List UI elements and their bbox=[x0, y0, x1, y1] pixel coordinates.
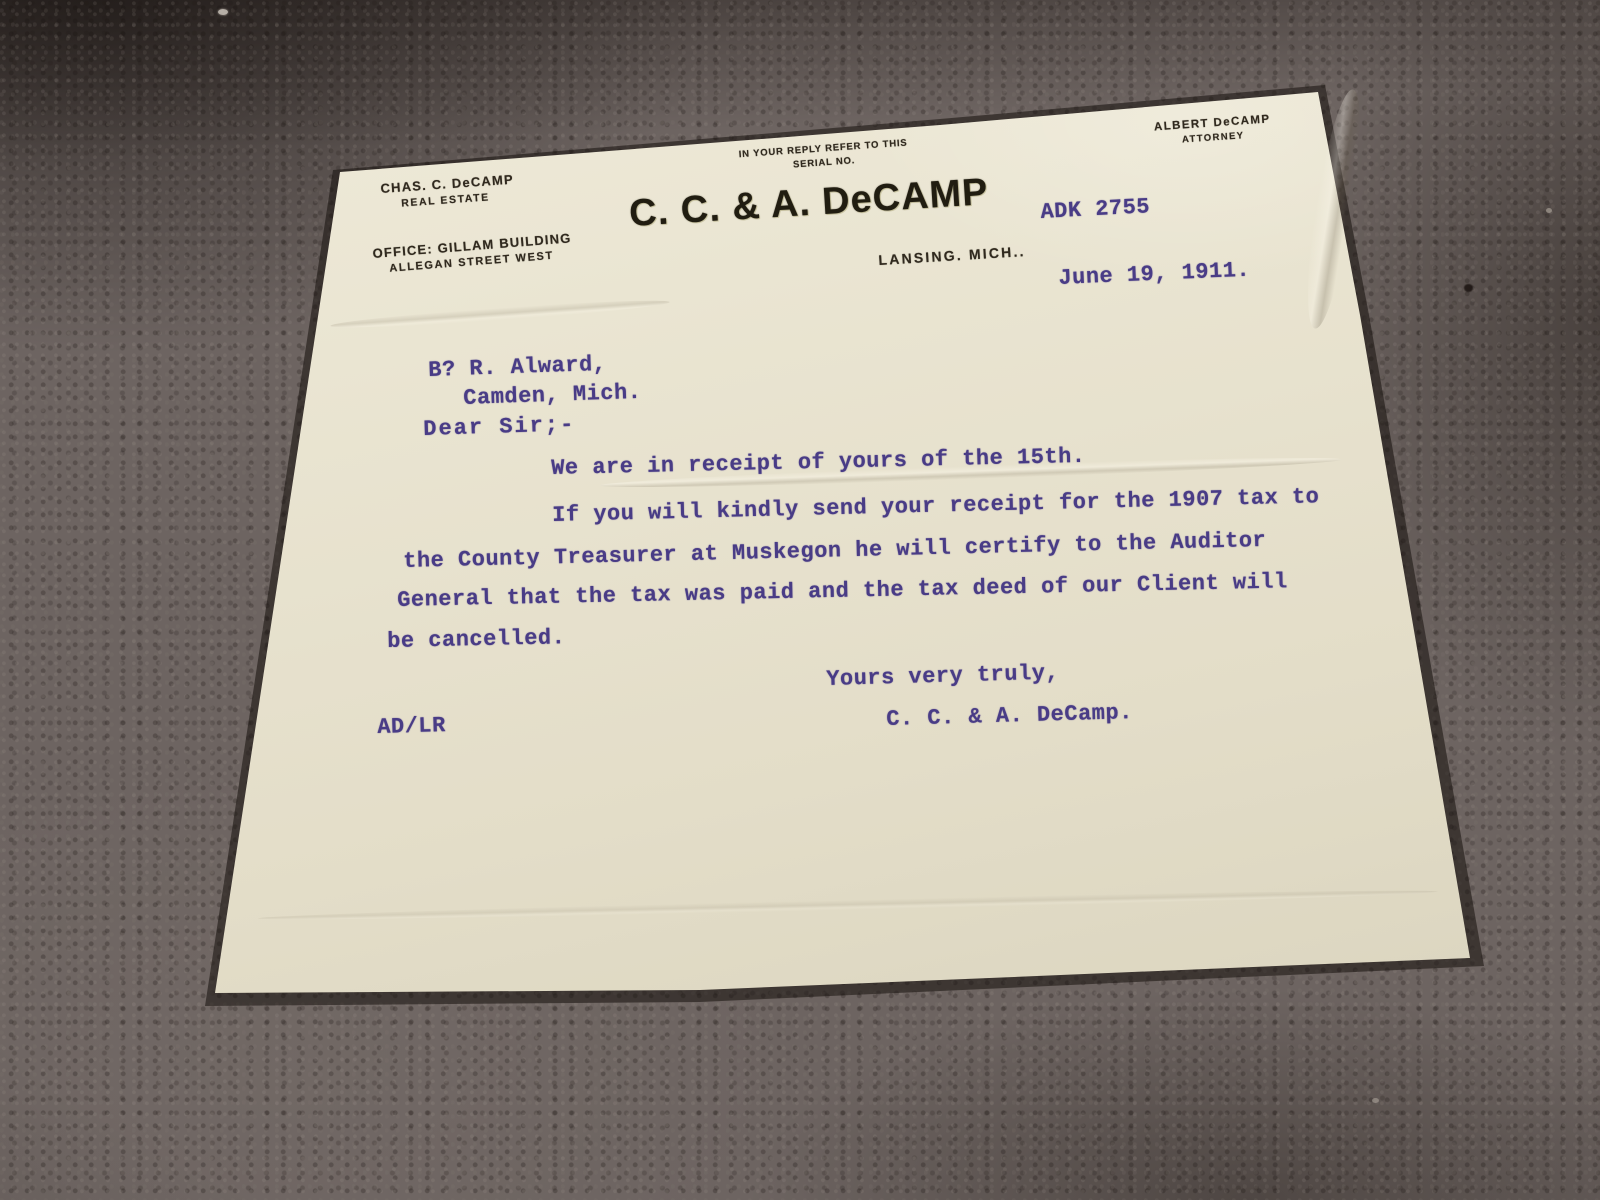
salutation: Dear Sir;- bbox=[423, 414, 576, 441]
carpet-lint-speck bbox=[218, 9, 228, 15]
body-line: be cancelled. bbox=[387, 627, 566, 653]
photo-scene: CHAS. C. DeCAMP REAL ESTATE OFFICE: GILL… bbox=[0, 0, 1600, 1200]
carpet-lint-speck bbox=[1546, 208, 1552, 213]
carpet-dark-spot bbox=[1464, 284, 1473, 292]
carpet-lint-speck bbox=[1372, 1098, 1379, 1103]
typed-serial-number: ADK 2755 bbox=[1040, 196, 1151, 224]
typist-initials: AD/LR bbox=[377, 715, 446, 739]
